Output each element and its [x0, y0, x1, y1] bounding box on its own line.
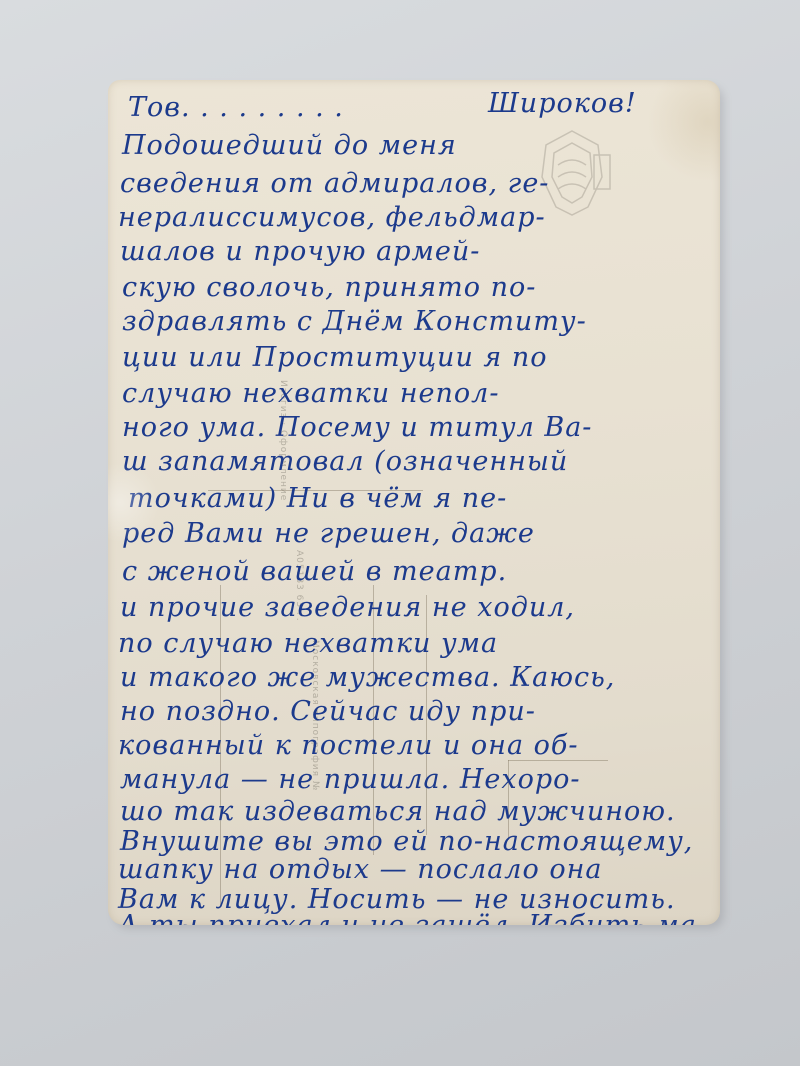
handwritten-line: с женой вашей в театр. [122, 558, 507, 585]
handwritten-line: ред Вами не грешен, даже [122, 520, 535, 547]
handwritten-line: кованный к постели и она об- [118, 732, 579, 759]
handwritten-line: ш запамятовал (означенный [122, 448, 568, 475]
handwritten-line: и прочие заведения не ходил, [120, 594, 575, 621]
handwritten-line: точками) Ни в чём я пе- [128, 485, 507, 512]
handwritten-line: но поздно. Сейчас иду при- [120, 698, 536, 725]
handwritten-line: сведения от адмиралов, ге- [120, 170, 549, 197]
salutation-name: Широков! [488, 90, 637, 117]
handwritten-line: Вам к лицу. Носить — не износить. [118, 886, 676, 913]
handwritten-line: шапку на отдых — послало она [118, 856, 602, 883]
handwritten-line: А ты приехал и не зашёл. Избить ма- [118, 912, 707, 925]
handwritten-line: и такого же мужества. Каюсь, [120, 664, 615, 691]
handwritten-line: скую сволочь, принято по- [122, 274, 536, 301]
handwritten-line: Подошедший до меня [122, 132, 457, 159]
handwritten-line: шо так издеваться над мужчиною. [120, 798, 676, 825]
handwritten-line: по случаю нехватки ума [118, 630, 498, 657]
handwritten-line: манула — не пришла. Нехоро- [120, 766, 581, 793]
handwritten-line: случаю нехватки непол- [122, 380, 499, 407]
handwritten-line: нералиссимусов, фельдмар- [118, 204, 546, 231]
handwritten-line: здравлять с Днём Конститу- [122, 308, 587, 335]
handwritten-line: ции или Проституции я по [122, 344, 548, 371]
handwritten-line: ного ума. Посему и титул Ва- [122, 414, 592, 441]
salutation-title: Тов. . . . . . . . . [128, 94, 344, 121]
postcard: Изогиз · Оформление А05183 63 г. Московс… [108, 80, 720, 925]
handwritten-line: Внушите вы это ей по-настоящему, [120, 828, 693, 855]
handwritten-line: шалов и прочую армей- [120, 238, 480, 265]
